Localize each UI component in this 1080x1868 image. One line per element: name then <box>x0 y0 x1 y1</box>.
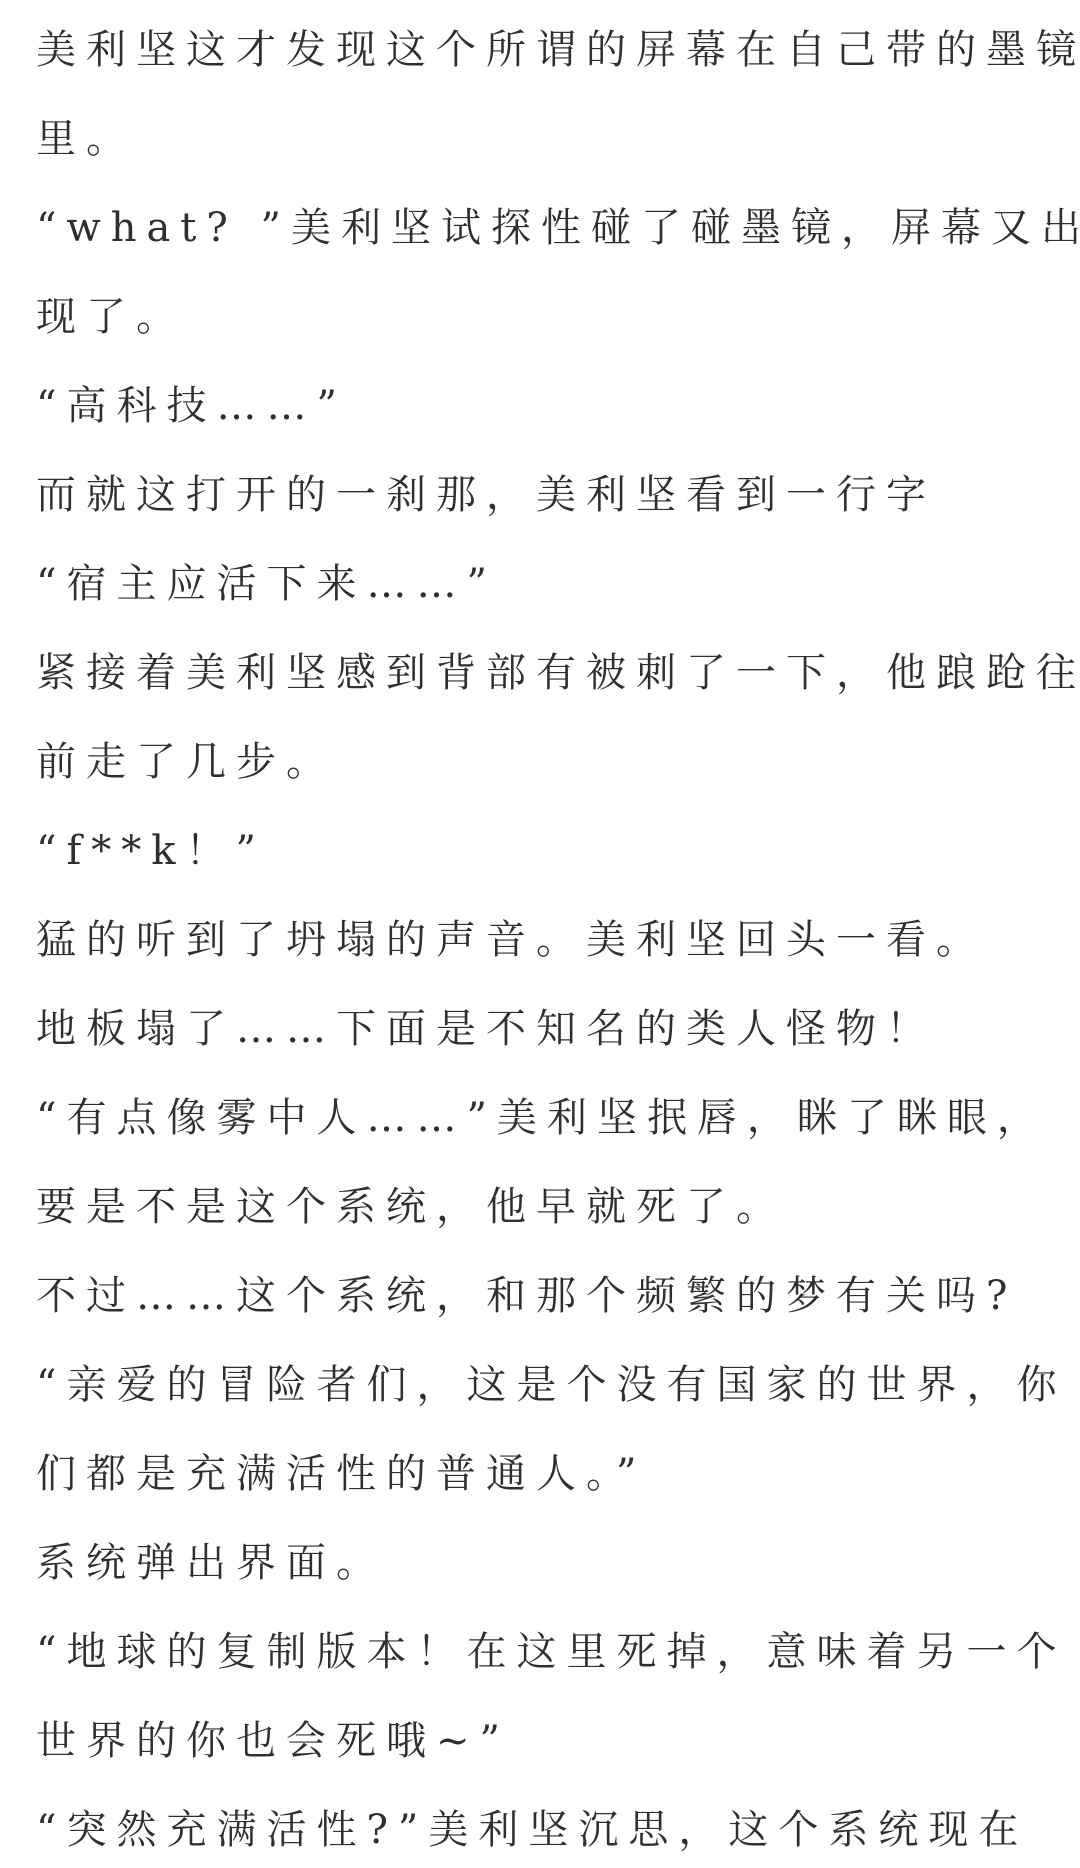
text-line: “亲爱的冒险者们，这是个没有国家的世界，你 <box>36 1355 1050 1415</box>
text-line: 们都是充满活性的普通人。” <box>36 1444 1050 1504</box>
text-line: 里。 <box>36 109 1050 169</box>
text-line: 系统弹出界面。 <box>36 1533 1050 1593</box>
text-line: “有点像雾中人……”美利坚抿唇，眯了眯眼， <box>36 1088 1050 1148</box>
text-line: “高科技……” <box>36 376 1050 436</box>
text-line: “突然充满活性?”美利坚沉思，这个系统现在 <box>36 1800 1050 1860</box>
text-line: “宿主应活下来……” <box>36 554 1050 614</box>
text-line: 前走了几步。 <box>36 732 1050 792</box>
text-line: 而就这打开的一刹那，美利坚看到一行字 <box>36 465 1050 525</box>
document-page: 美利坚这才发现这个所谓的屏幕在自己带的墨镜 里。 “what? ”美利坚试探性碰… <box>0 0 1080 1868</box>
text-line: 要是不是这个系统，他早就死了。 <box>36 1177 1050 1237</box>
text-line: 美利坚这才发现这个所谓的屏幕在自己带的墨镜 <box>36 20 1050 80</box>
text-line: 现了。 <box>36 287 1050 347</box>
text-line: 猛的听到了坍塌的声音。美利坚回头一看。 <box>36 910 1050 970</box>
text-line: “地球的复制版本！在这里死掉，意味着另一个 <box>36 1622 1050 1682</box>
text-line: 地板塌了……下面是不知名的类人怪物！ <box>36 999 1050 1059</box>
text-line: 不过……这个系统，和那个频繁的梦有关吗? <box>36 1266 1050 1326</box>
text-line: 世界的你也会死哦~” <box>36 1711 1050 1771</box>
text-line: 紧接着美利坚感到背部有被刺了一下，他踉跄往 <box>36 643 1050 703</box>
text-line: “what? ”美利坚试探性碰了碰墨镜，屏幕又出 <box>36 198 1050 258</box>
text-line: “f**k！” <box>36 821 1050 881</box>
